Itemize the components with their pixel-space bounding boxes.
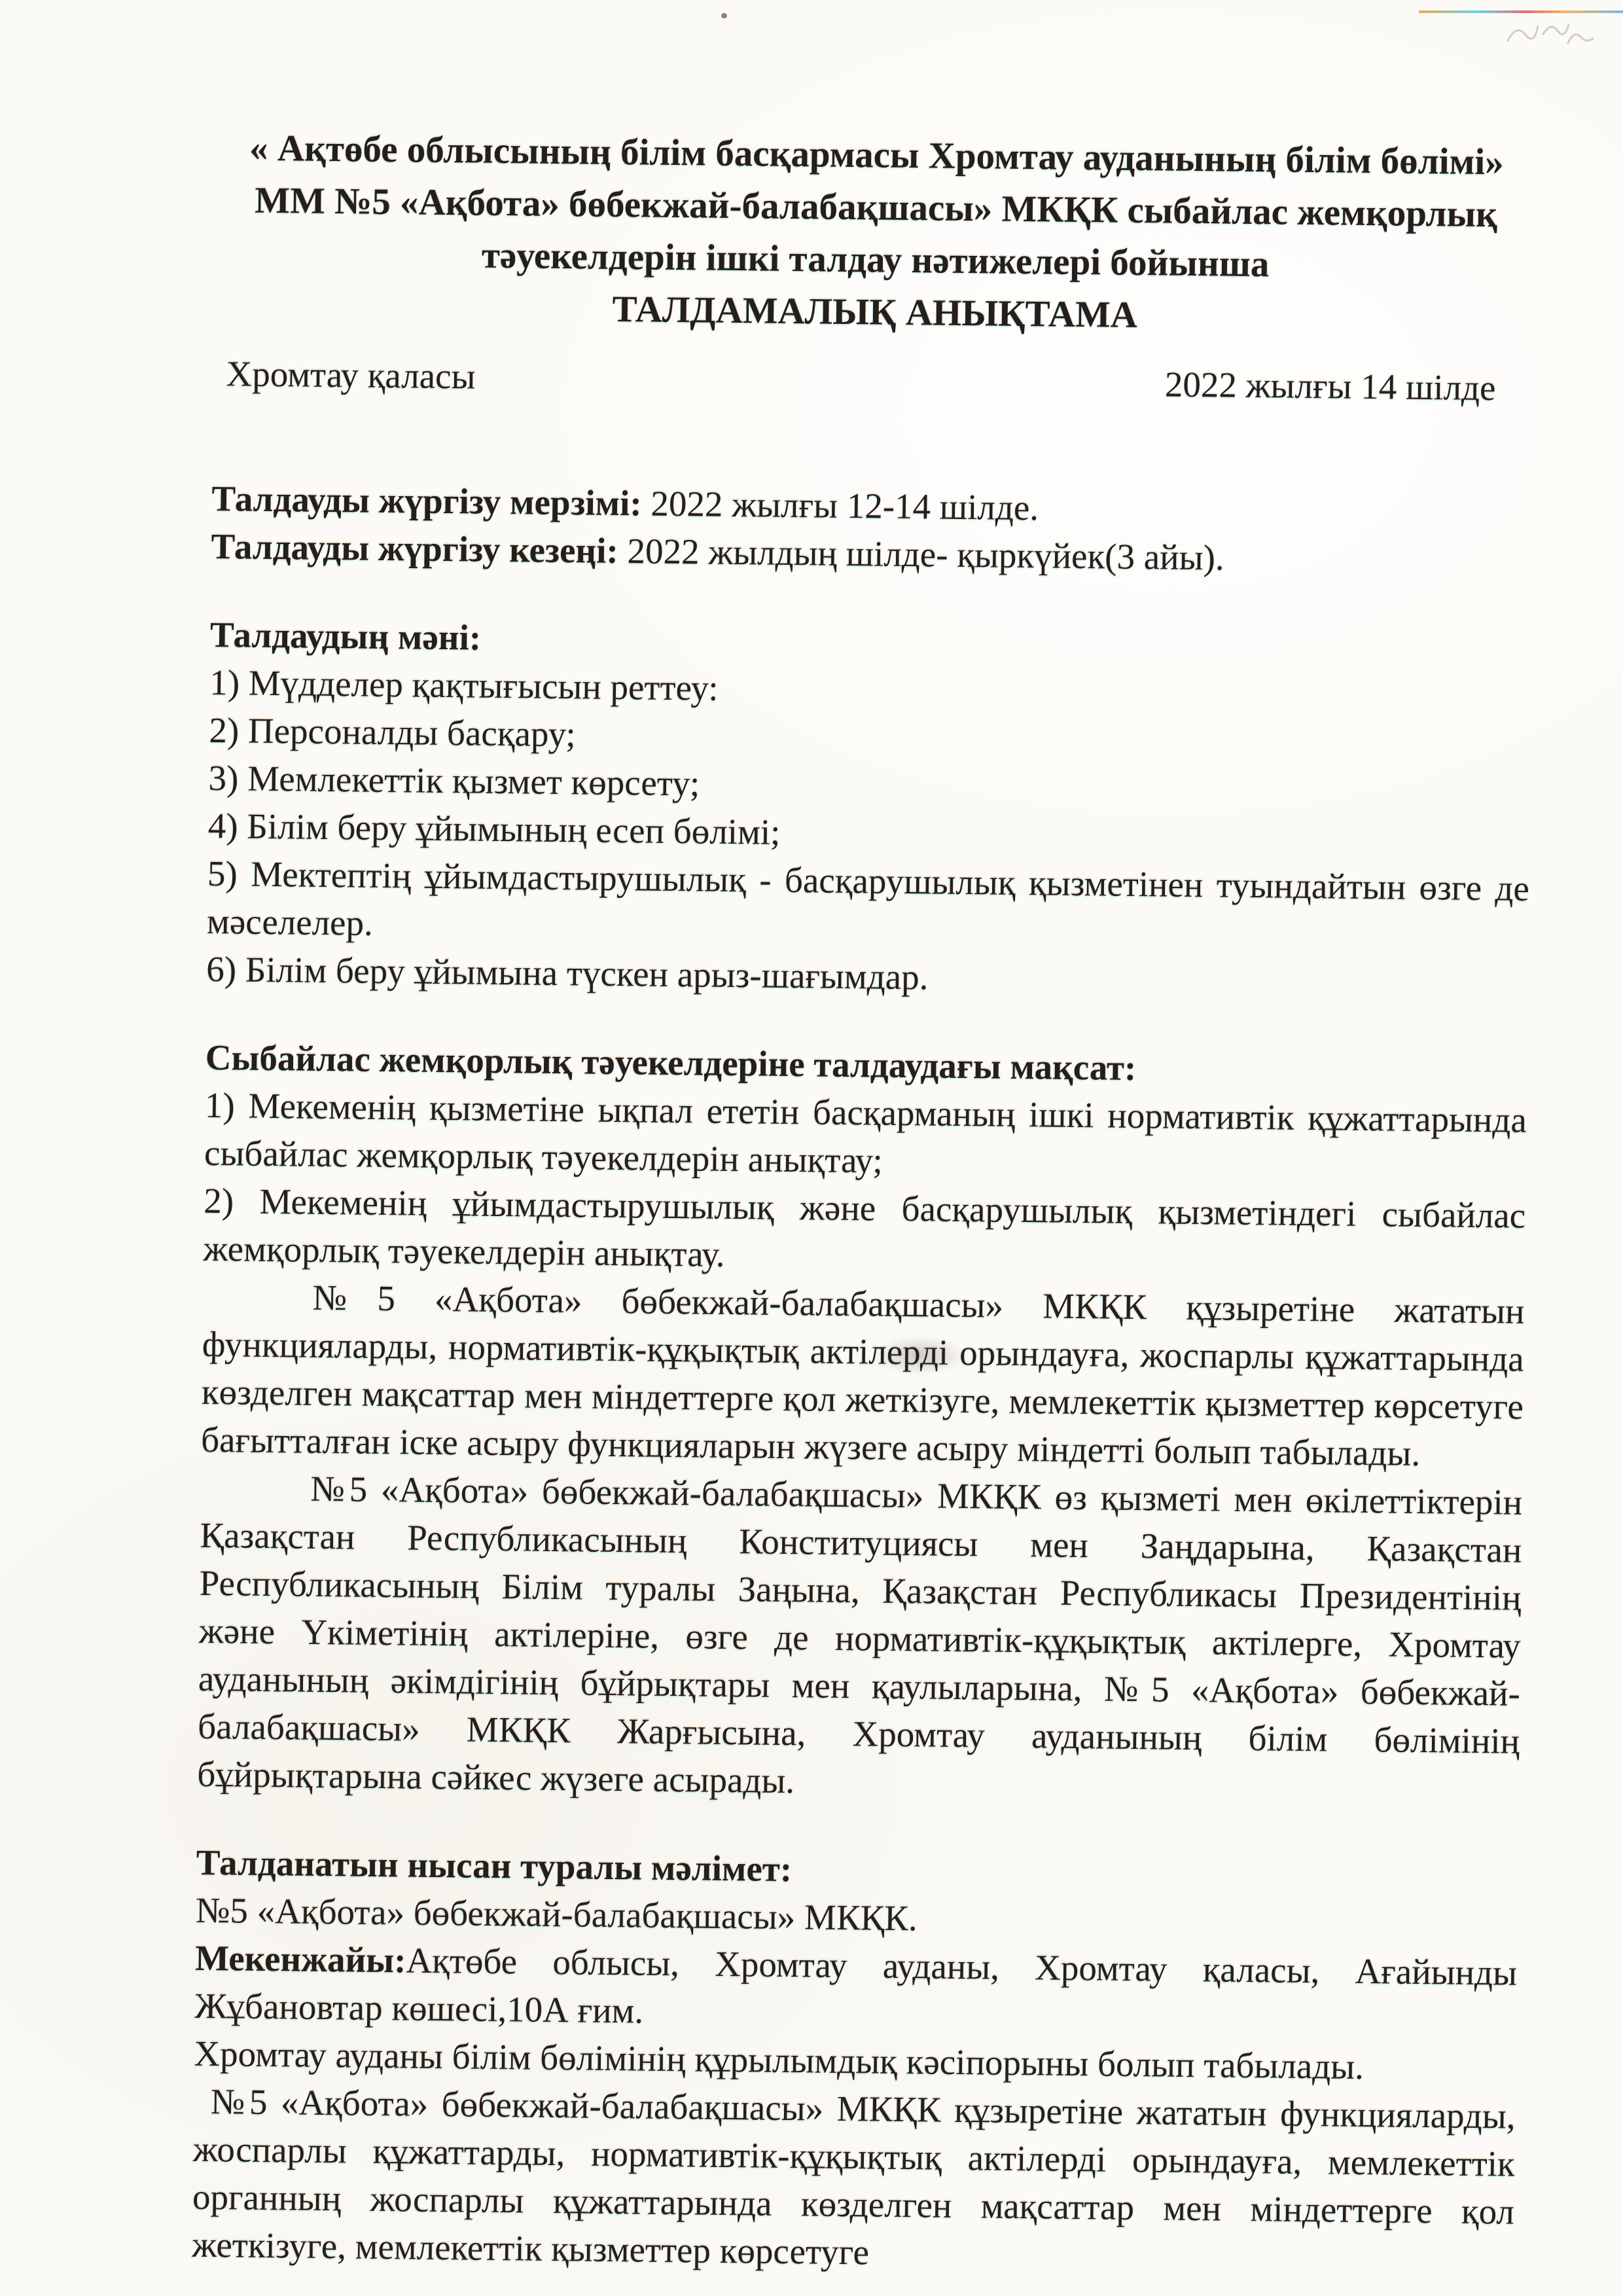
handwritten-pencil-mark xyxy=(1503,12,1607,59)
analysis-term-label: Талдауды жүргізу мерзімі: xyxy=(211,478,642,523)
purpose-item-2: 2) Мекеменің ұйымдастырушылық және басқа… xyxy=(203,1177,1526,1287)
purpose-paragraph-1: №5 «Ақбота» бөбекжай-балабақшасы» МКҚК қ… xyxy=(201,1272,1525,1479)
subject-item-5: 5) Мектептің ұйымдастырушылық - басқаруш… xyxy=(207,850,1530,960)
scanned-document-page: « Ақтөбе облысының білім басқармасы Хром… xyxy=(0,0,1623,2296)
purpose-item-1: 1) Мекеменің қызметіне ықпал ететін басқ… xyxy=(204,1081,1527,1192)
document-content: « Ақтөбе облысының білім басқармасы Хром… xyxy=(192,122,1538,2284)
document-title: « Ақтөбе облысының білім басқармасы Хром… xyxy=(213,122,1538,346)
analysis-period-value: 2022 жылдың шілде- қыркүйек(3 айы). xyxy=(618,531,1224,578)
place-date-row: Хромтау қаласы 2022 жылғы 14 шілде xyxy=(213,350,1535,412)
object-address-line: Мекенжайы:Ақтөбе облысы, Хромтау ауданы,… xyxy=(194,1934,1518,2045)
purpose-paragraph-2: №5 «Ақбота» бөбекжай-балабақшасы» МКҚК ө… xyxy=(197,1463,1523,1813)
object-address-label: Мекенжайы: xyxy=(195,1938,406,1981)
analysis-period-label: Талдауды жүргізу кезеңі: xyxy=(211,526,618,571)
paper-speck xyxy=(721,13,727,18)
analysis-fields: Талдауды жүргізу мерзімі: 2022 жылғы 12-… xyxy=(211,475,1534,585)
date-text: 2022 жылғы 14 шілде xyxy=(1164,360,1495,412)
object-paragraph: №5 «Ақбота» бөбекжай-балабақшасы» МКҚК қ… xyxy=(192,2077,1516,2284)
place-text: Хромтау қаласы xyxy=(226,350,476,400)
analysis-term-value: 2022 жылғы 12-14 шілде. xyxy=(641,483,1039,528)
